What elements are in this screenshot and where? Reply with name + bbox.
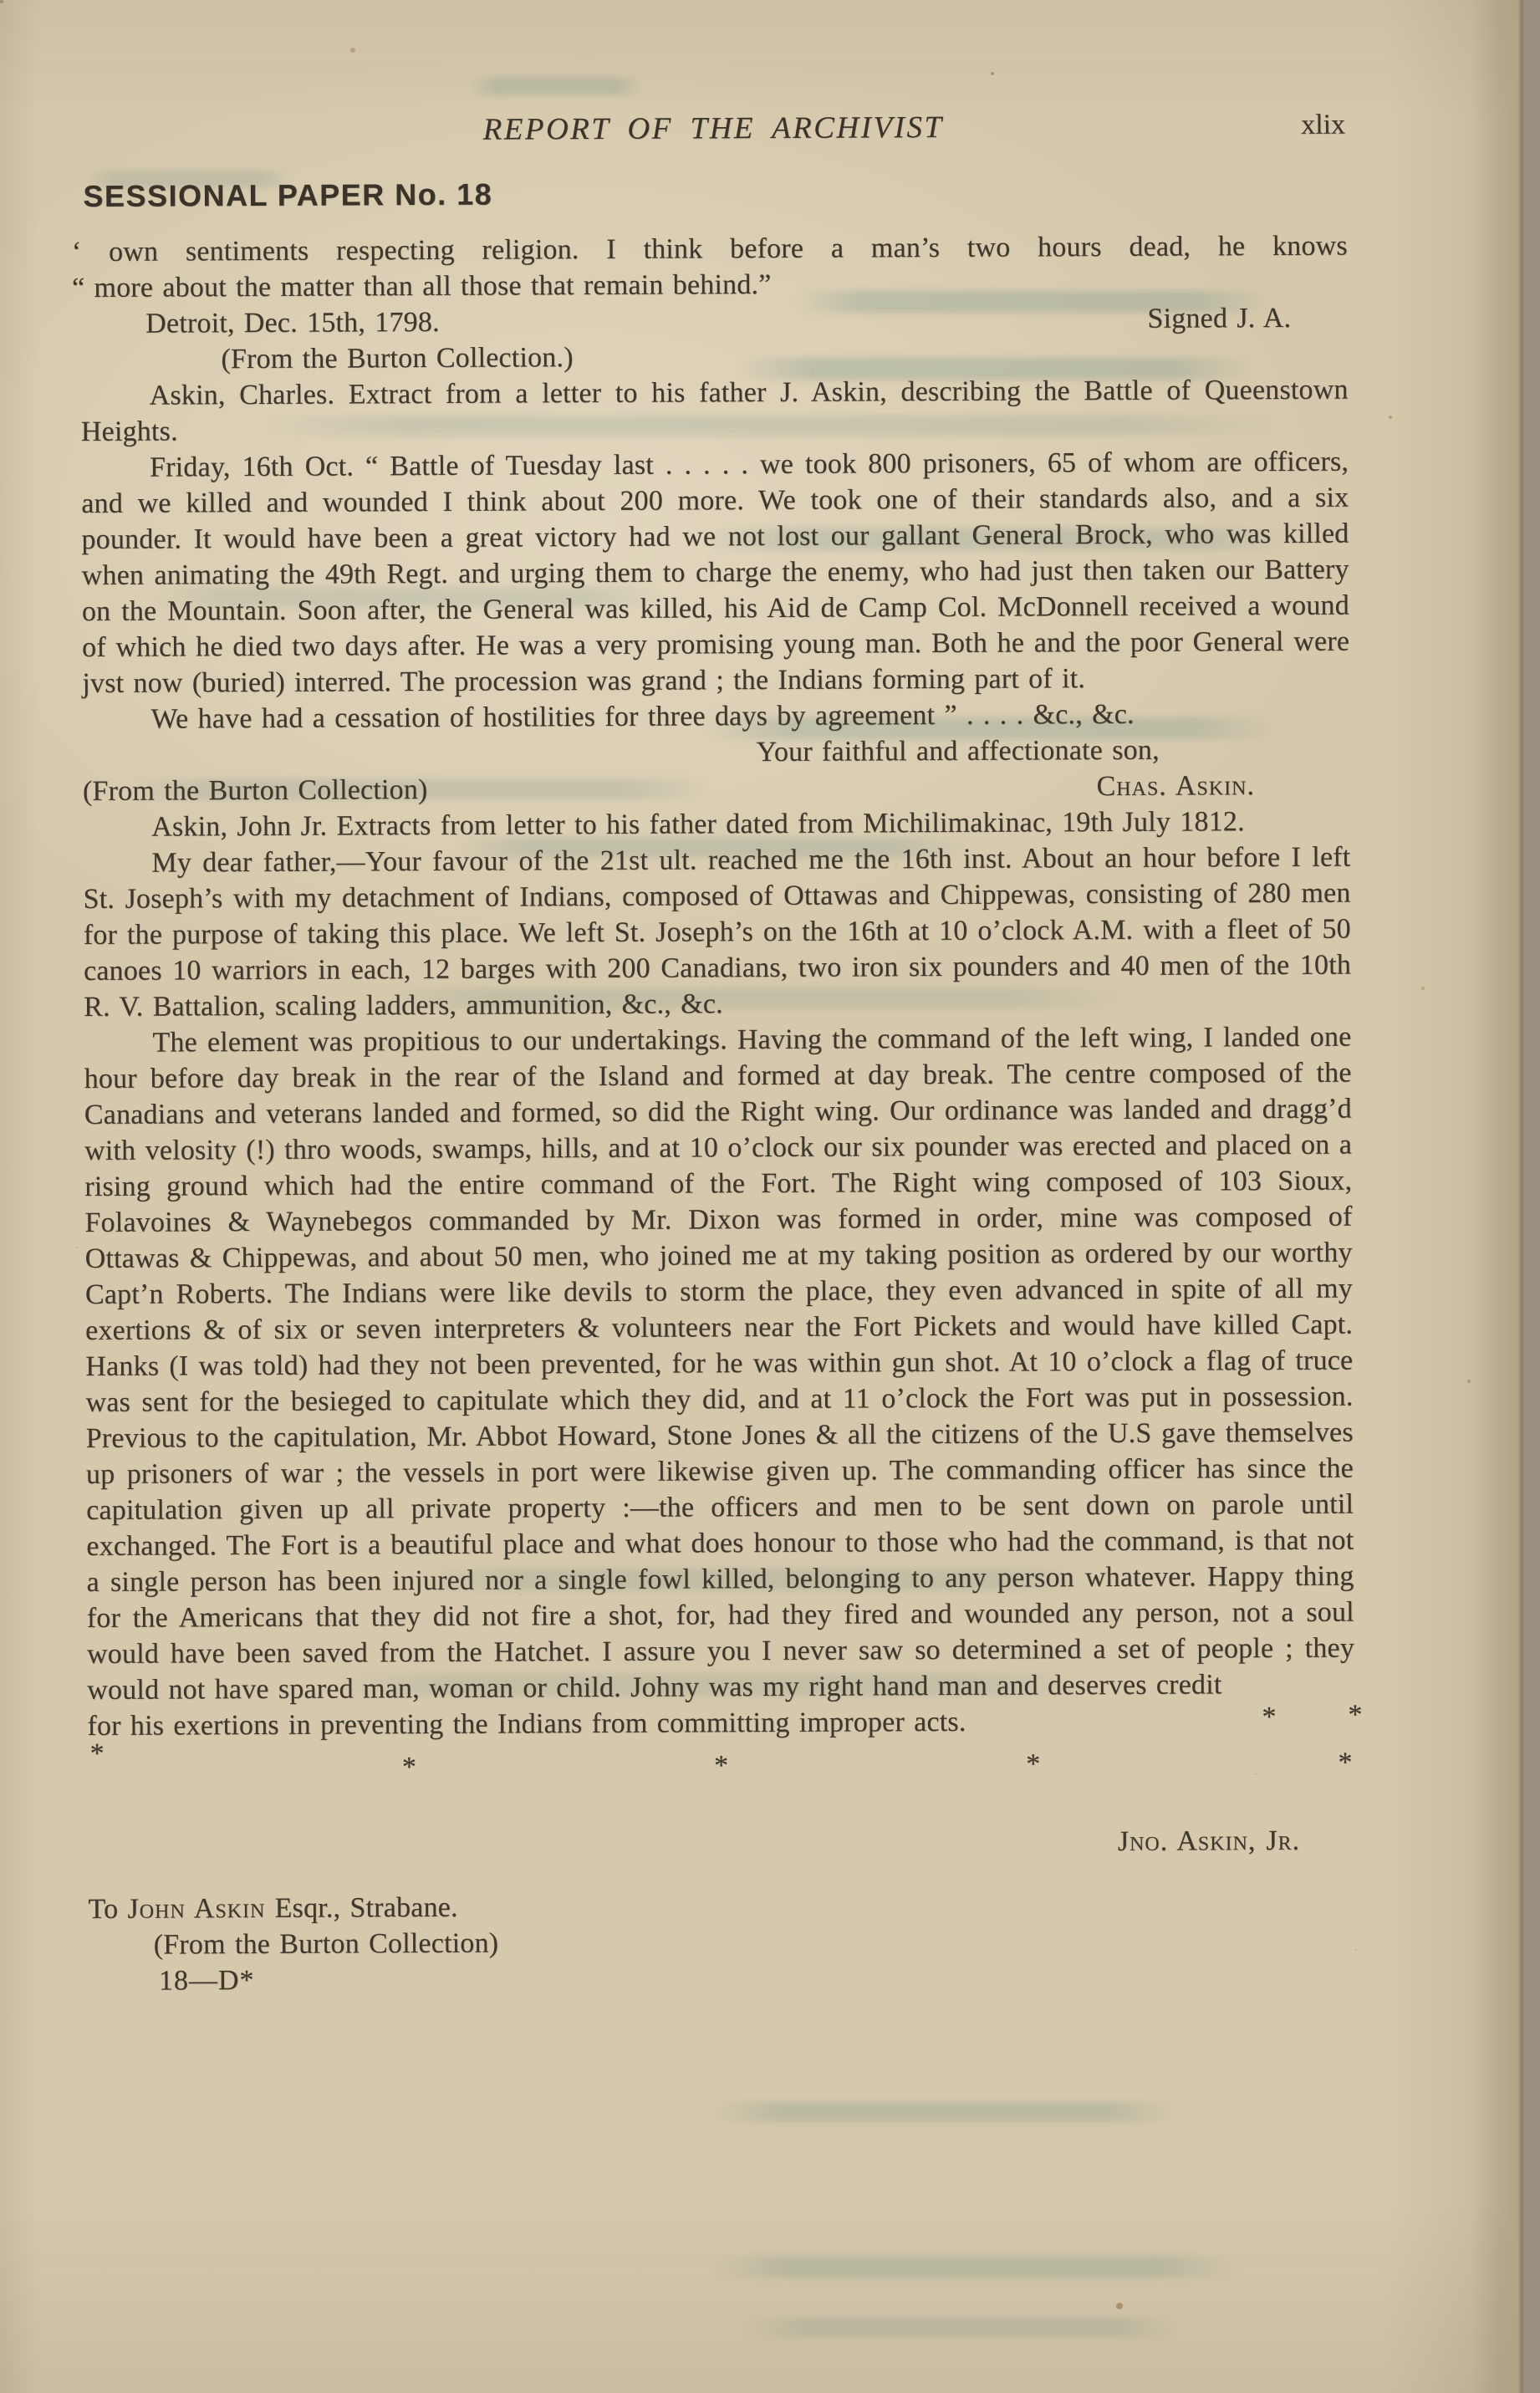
signature: Chas. Askin.	[1096, 768, 1255, 804]
fragment-paragraph: ‘ own sentiments respecting religion. I …	[80, 228, 1349, 378]
addressee-name: John Askin	[127, 1893, 265, 1925]
source-note: (From the Burton Collection.)	[221, 336, 1348, 378]
letter-heading: Askin, Charles. Extract from a letter to…	[81, 372, 1349, 450]
asterisk: *	[1262, 1699, 1276, 1735]
fragment-dateline-row: Detroit, Dec. 15th, 1798. Signed J. A.	[80, 300, 1348, 342]
bleedthrough-smudge	[711, 2256, 1237, 2278]
asterisk-separator-row: * * * * *	[88, 1745, 1355, 1787]
valediction: Your faithful and affectionate son,	[83, 732, 1350, 773]
paper-specks	[0, 0, 3, 3]
page-body: ‘ own sentiments respecting religion. I …	[80, 228, 1356, 1999]
asterisk: *	[1348, 1697, 1362, 1733]
fragment-line: “ more about the matter than all those t…	[72, 264, 1348, 306]
bleedthrough-smudge	[744, 2318, 1179, 2338]
bleedthrough-smudge	[711, 2102, 1179, 2122]
letter-body: We have had a cessation of hostilities f…	[82, 696, 1349, 737]
letter-body: The element was propitious to our undert…	[84, 1019, 1354, 1708]
printer-signature-mark: 18—D*	[159, 1957, 1356, 1999]
running-header: REPORT OF THE ARCHIVIST xlix	[79, 108, 1347, 154]
bleedthrough-smudge	[468, 77, 644, 95]
letter-body: Friday, 16th Oct. “ Battle of Tuesday la…	[81, 444, 1349, 702]
letter-body: for his exertions in preventing the Indi…	[87, 1707, 966, 1742]
john-askin-letter: Askin, John Jr. Extracts from letter to …	[83, 804, 1356, 1999]
source-note: (From the Burton Collection)	[83, 772, 428, 809]
signature-note: Signed J. A.	[1147, 300, 1291, 337]
asterisk: *	[1026, 1746, 1040, 1782]
page-number: xlix	[1301, 110, 1345, 141]
asterisk: *	[402, 1749, 416, 1785]
source-note: (From the Burton Collection)	[154, 1921, 1356, 1963]
scanned-book-page: REPORT OF THE ARCHIVIST xlix SESSIONAL P…	[0, 0, 1540, 2393]
asterisk: *	[89, 1736, 104, 1772]
signature: Jno. Askin, Jr.	[88, 1823, 1300, 1865]
asterisk: *	[714, 1748, 728, 1783]
running-header-title: REPORT OF THE ARCHIVIST	[483, 110, 944, 148]
charles-askin-letter: Askin, Charles. Extract from a letter to…	[81, 372, 1351, 809]
dateline: Detroit, Dec. 15th, 1798.	[145, 304, 440, 342]
source-signature-row: (From the Burton Collection) Chas. Askin…	[83, 768, 1350, 809]
letter-body: My dear father,—Your favour of the 21st …	[83, 839, 1351, 1025]
letter-body-last-line: for his exertions in preventing the Indi…	[87, 1702, 1354, 1744]
text-column: REPORT OF THE ARCHIVIST xlix SESSIONAL P…	[79, 108, 1356, 1999]
letter-heading: Askin, John Jr. Extracts from letter to …	[83, 804, 1350, 845]
addressee-line: To John Askin Esqr., Strabane.	[88, 1885, 1355, 1927]
page-gutter-shadow	[1471, 0, 1540, 2393]
fragment-line: ‘ own sentiments respecting religion. I …	[72, 228, 1348, 270]
asterisk: *	[1338, 1745, 1352, 1781]
addressee-suffix: Esqr., Strabane.	[265, 1892, 457, 1924]
sessional-paper-heading: SESSIONAL PAPER No. 18	[83, 173, 1347, 214]
addressee-prefix: To	[88, 1894, 127, 1925]
